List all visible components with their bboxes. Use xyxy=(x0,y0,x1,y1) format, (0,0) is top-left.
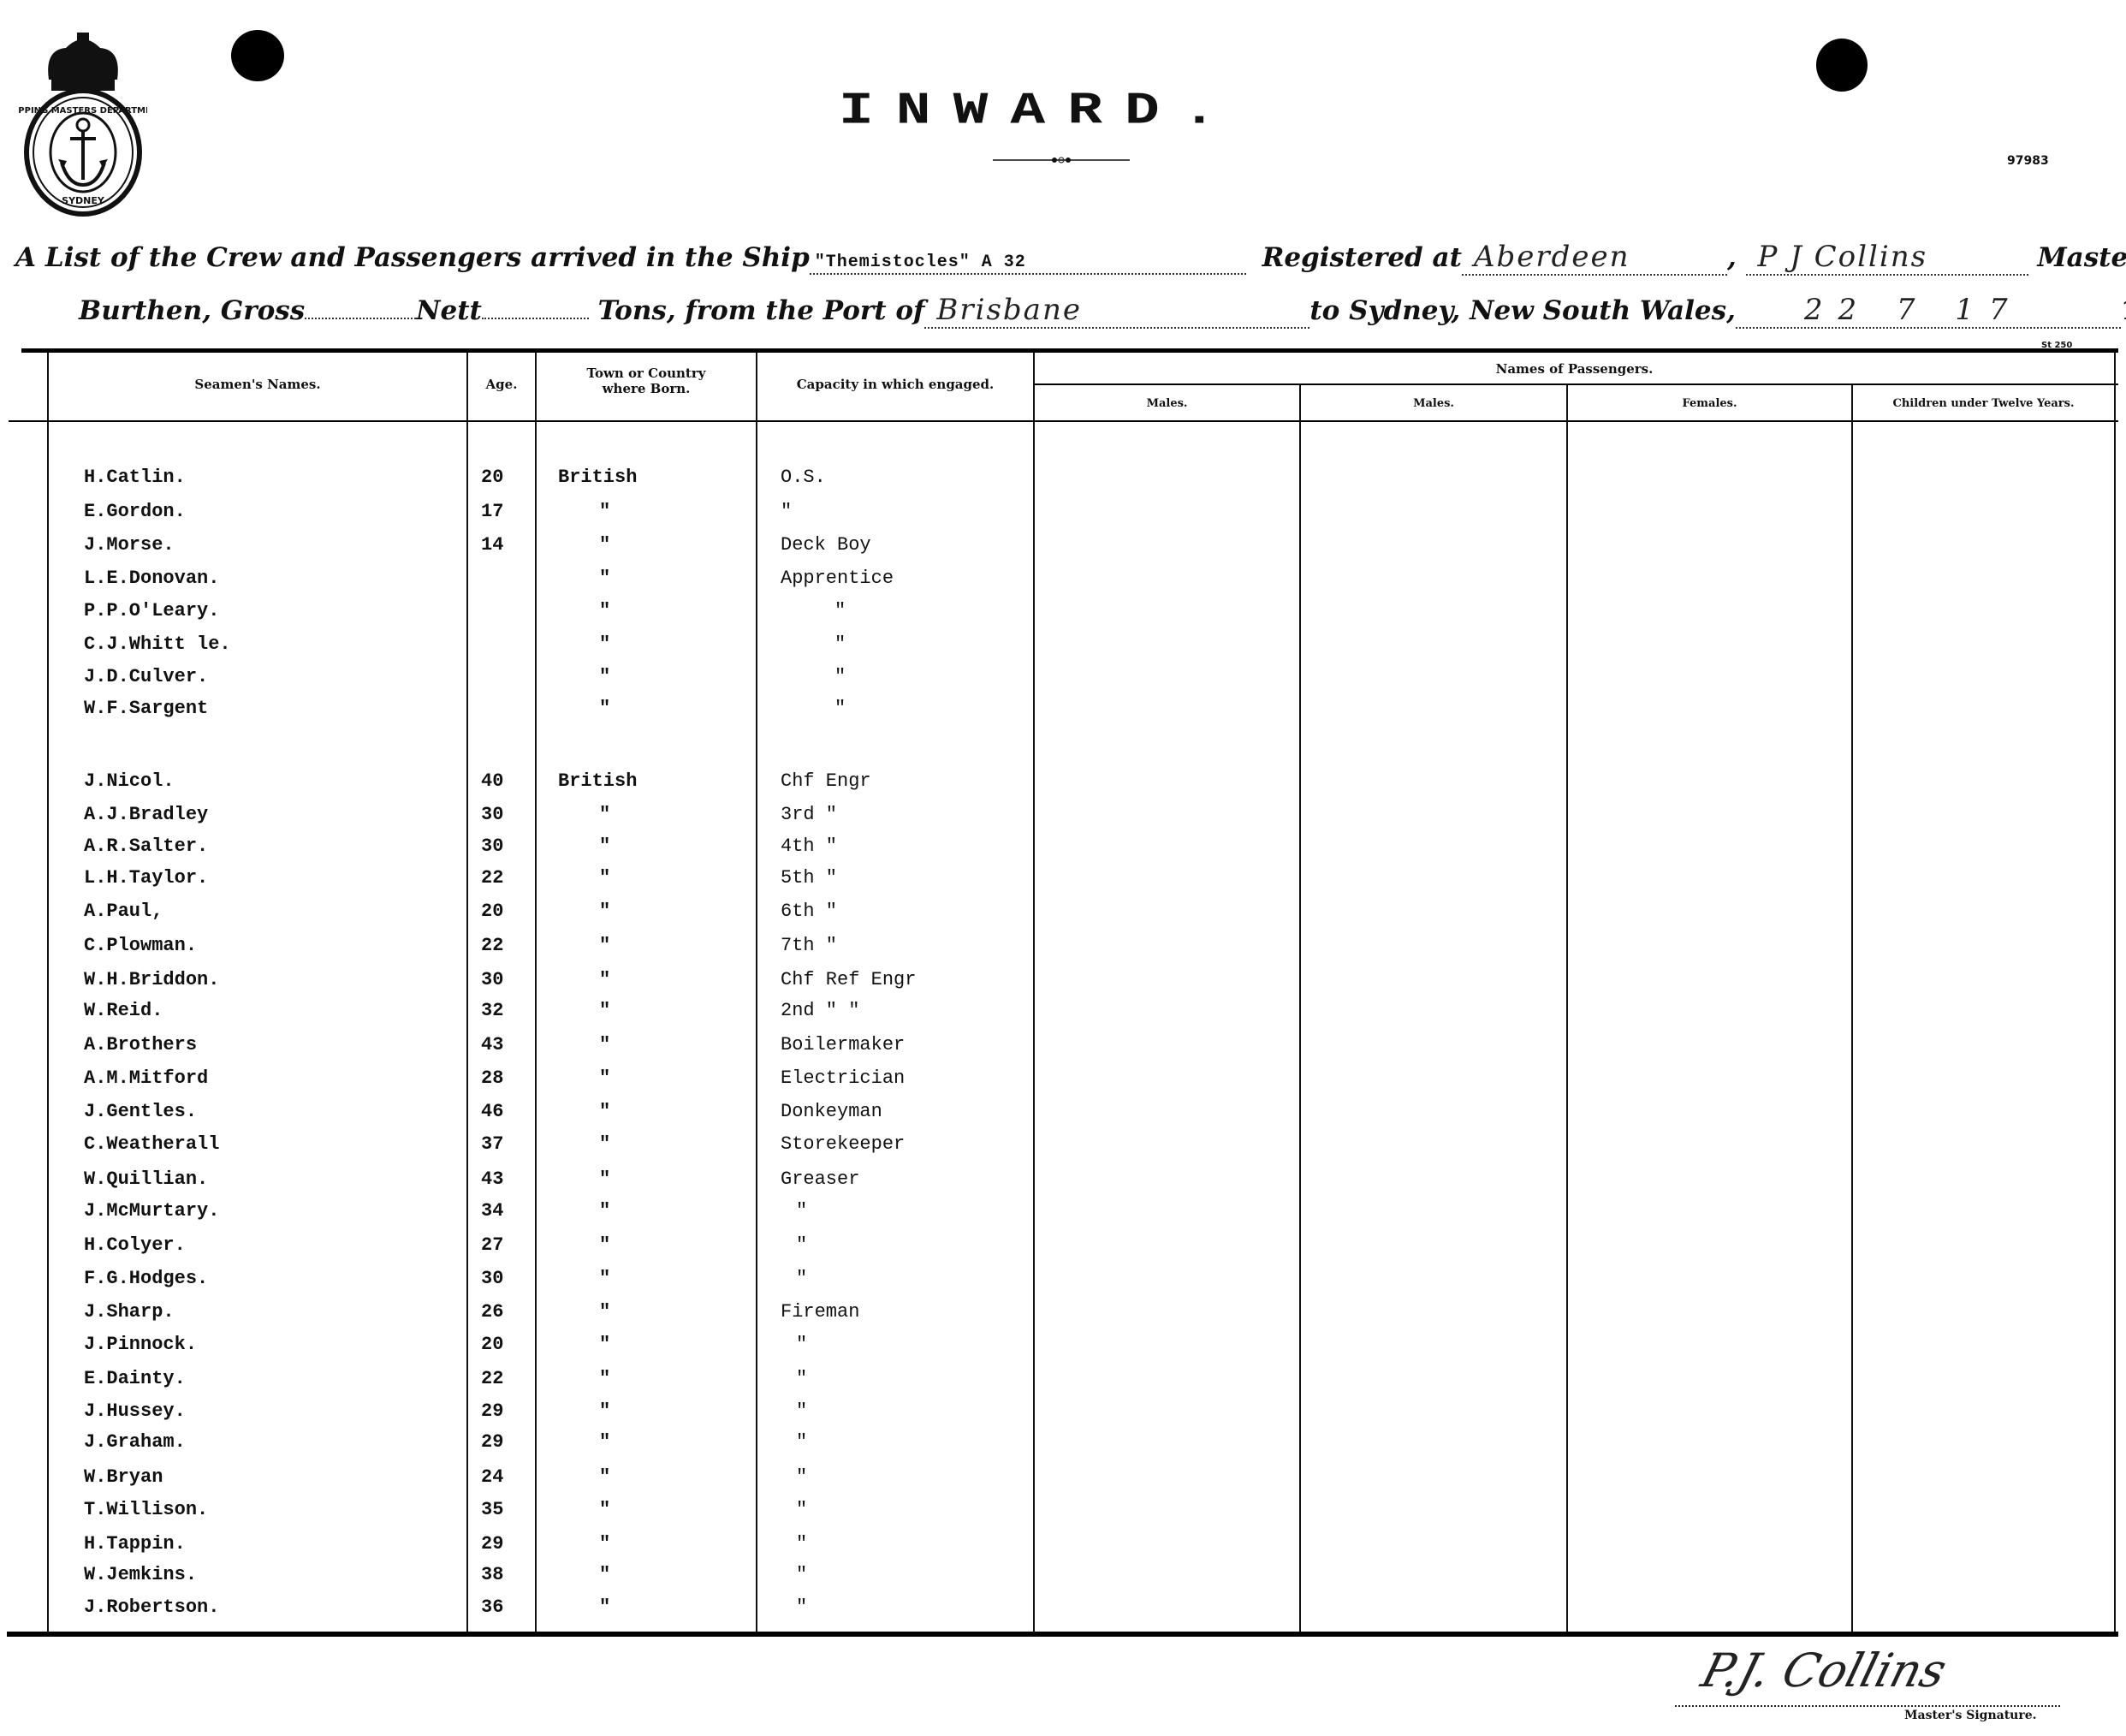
table-row: J.Morse.14"Deck Boy xyxy=(0,530,1036,561)
signature-line xyxy=(1675,1705,2060,1707)
header-males-2: Males. xyxy=(1301,396,1566,412)
page-title: INWARD. xyxy=(839,86,1239,137)
master-label: Master, xyxy=(2037,242,2126,273)
passenger-header-rule xyxy=(1034,383,2118,385)
punch-hole-right xyxy=(1816,39,1868,92)
col-divider-males-2 xyxy=(1299,385,1301,1632)
intro-prefix: A List of the Crew and Passengers arrive… xyxy=(15,242,810,273)
punch-hole-left xyxy=(231,30,284,81)
nett-tons-field[interactable] xyxy=(482,318,589,319)
table-row: F.G.Hodges.30" " xyxy=(0,1263,1036,1294)
header-seamen-names: Seamen's Names. xyxy=(49,377,466,392)
table-row: P.P.O'Leary."" xyxy=(0,596,1036,627)
table-row: C.Plowman.22"7th " xyxy=(0,930,1036,961)
table-row: J.Gentles.46"Donkeyman xyxy=(0,1097,1036,1127)
intro-line-burthen: Burthen, GrossNett Tons, from the Port o… xyxy=(79,293,2126,329)
table-header-bottom-rule xyxy=(9,420,2118,422)
col-divider-females xyxy=(1566,385,1568,1632)
table-row: C.J.Whitt le."" xyxy=(0,629,1036,660)
nett-label: Nett xyxy=(416,295,482,326)
registered-label: Registered at xyxy=(1262,242,1462,273)
table-row: W.Bryan24" " xyxy=(0,1462,1036,1493)
table-row: J.Pinnock.20" " xyxy=(0,1329,1036,1360)
port-of-field[interactable]: Brisbane xyxy=(924,293,1309,329)
header-town-born: Town or Country where Born. xyxy=(565,366,727,396)
svg-text:SHIPPING MASTERS DEPARTMENT: SHIPPING MASTERS DEPARTMENT xyxy=(19,106,147,116)
master-name-field[interactable]: P J Collins xyxy=(1746,240,2028,276)
table-row: W.Jemkins.38" " xyxy=(0,1560,1036,1590)
table-row: H.Tappin.29" " xyxy=(0,1529,1036,1560)
table-row: C.Weatherall37"Storekeeper xyxy=(0,1129,1036,1160)
ship-name-field[interactable]: "Themistocles" A 32 xyxy=(810,242,1246,275)
table-row: E.Gordon.17"" xyxy=(0,496,1036,527)
header-age: Age. xyxy=(468,377,535,392)
intro-line-ship: A List of the Crew and Passengers arrive… xyxy=(15,240,2126,276)
gross-tons-field[interactable] xyxy=(305,318,416,319)
header-females: Females. xyxy=(1568,396,1851,412)
table-row: J.Sharp.26"Fireman xyxy=(0,1297,1036,1328)
col-divider-children xyxy=(1851,385,1853,1632)
table-row: W.F.Sargent"" xyxy=(0,693,1036,724)
date-field[interactable]: 22 7 17 xyxy=(1736,293,2121,329)
master-signature: P.J. Collins xyxy=(1696,1644,1952,1697)
table-row: A.Paul,20"6th " xyxy=(0,896,1036,927)
table-row: A.Brothers43"Boilermaker xyxy=(0,1030,1036,1061)
table-row: J.Nicol.40BritishChf Engr xyxy=(0,766,1036,797)
table-row: T.Willison.35" " xyxy=(0,1495,1036,1525)
header-children: Children under Twelve Years. xyxy=(1853,396,2114,412)
table-row: J.Graham.29" " xyxy=(0,1427,1036,1458)
registered-at-field[interactable]: Aberdeen xyxy=(1462,240,1727,276)
table-row: J.Hussey.29" " xyxy=(0,1396,1036,1427)
table-row: W.Reid.32"2nd " " xyxy=(0,996,1036,1026)
tons-from-port-label: Tons, from the Port of xyxy=(598,295,925,326)
table-row: J.McMurtary.34" " xyxy=(0,1196,1036,1227)
header-names-of-passengers: Names of Passengers. xyxy=(1035,361,2114,377)
table-row: L.H.Taylor.22"5th " xyxy=(0,863,1036,894)
burthen-label: Burthen, Gross xyxy=(79,295,305,326)
to-sydney-label: to Sydney, New South Wales, xyxy=(1309,295,1736,326)
table-top-rule xyxy=(21,348,2118,353)
table-row: J.Robertson.36" " xyxy=(0,1592,1036,1623)
table-row: H.Colyer.27" " xyxy=(0,1230,1036,1261)
table-row: J.D.Culver."" xyxy=(0,662,1036,693)
col-divider-right xyxy=(2114,353,2116,1632)
form-number: 97983 xyxy=(2007,154,2049,168)
svg-text:SYDNEY: SYDNEY xyxy=(62,195,105,206)
table-row: H.Catlin.20BritishO.S. xyxy=(0,462,1036,493)
table-bottom-rule xyxy=(7,1632,2118,1637)
table-row: A.M.Mitford28"Electrician xyxy=(0,1063,1036,1094)
shipping-masters-emblem: SHIPPING MASTERS DEPARTMENT SYDNEY xyxy=(19,33,147,217)
table-row: A.R.Salter.30"4th " xyxy=(0,831,1036,862)
table-row: E.Dainty.22" " xyxy=(0,1364,1036,1394)
table-row: W.H.Briddon.30"Chf Ref Engr xyxy=(0,965,1036,996)
table-row: W.Quillian.43"Greaser xyxy=(0,1164,1036,1195)
title-ornament-divider xyxy=(993,157,1130,163)
header-capacity: Capacity in which engaged. xyxy=(757,377,1033,392)
header-males-1: Males. xyxy=(1035,396,1299,412)
crown-anchor-icon: SHIPPING MASTERS DEPARTMENT SYDNEY xyxy=(19,33,147,217)
table-row: A.J.Bradley30"3rd " xyxy=(0,800,1036,830)
year-prefix: 191 xyxy=(2121,295,2126,326)
table-row: L.E.Donovan."Apprentice xyxy=(0,563,1036,594)
signature-label: Master's Signature. xyxy=(1904,1709,2037,1722)
